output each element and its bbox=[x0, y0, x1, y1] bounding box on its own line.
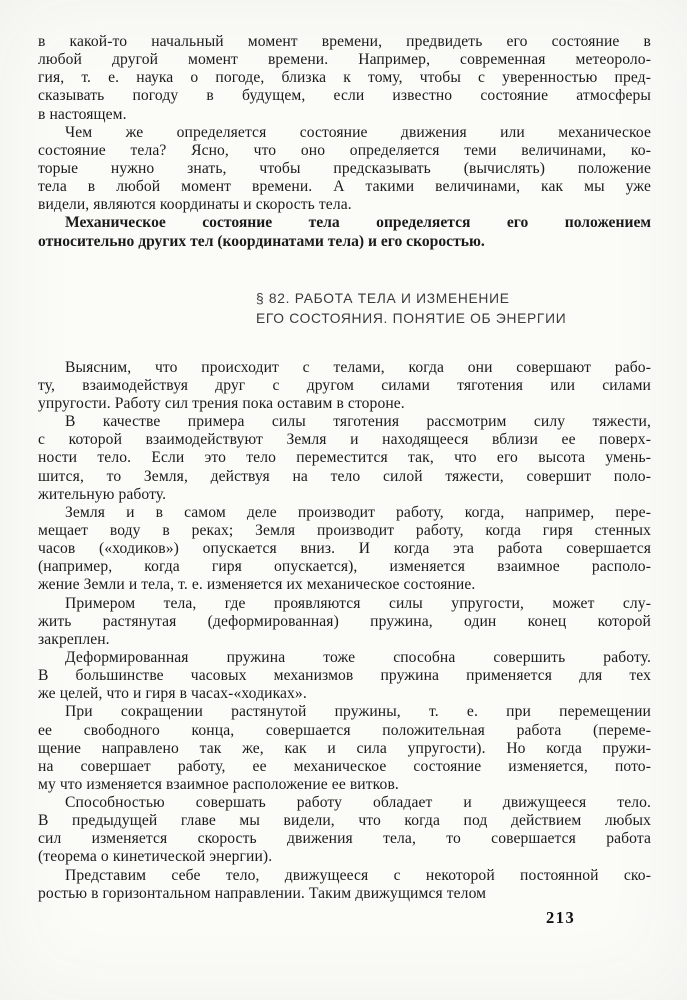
paragraph: Деформированная пружина тоже способна со… bbox=[38, 649, 651, 703]
paragraph: Представим себе тело, движущееся с некот… bbox=[38, 867, 651, 903]
text-line: му что изменяется взаимное расположение … bbox=[38, 776, 651, 794]
text-line: часов («ходиков») опускается вниз. И ког… bbox=[38, 540, 651, 558]
text-line: В качестве примера силы тяготения рассмо… bbox=[38, 413, 651, 431]
text-line: упругости. Работу сил трения пока остави… bbox=[38, 395, 651, 413]
text-line: ту, взаимодействуя друг с другом силами … bbox=[38, 377, 651, 395]
text-line: жить растянутая (деформированная) пружин… bbox=[38, 613, 651, 631]
text-line: жение Земли и тела, т. е. изменяется их … bbox=[38, 576, 651, 594]
text-line: ее свободного конца, совершается положит… bbox=[38, 722, 651, 740]
text-line: (например, когда гиря опускается), измен… bbox=[38, 558, 651, 576]
text-line: Примером тела, где проявляются силы упру… bbox=[38, 595, 651, 613]
text-line: относительно других тел (координатами те… bbox=[38, 233, 651, 251]
page-number: 213 bbox=[546, 908, 575, 928]
paragraph: в какой-то начальный момент времени, пре… bbox=[38, 33, 651, 124]
text-line: состояние тела? Ясно, что оно определяет… bbox=[38, 142, 651, 160]
text-line: Деформированная пружина тоже способна со… bbox=[38, 649, 651, 667]
paragraph: Чем же определяется состояние движения и… bbox=[38, 124, 651, 215]
text-line: (теорема о кинетической энергии). bbox=[38, 848, 651, 866]
paragraph: Выясним, что происходит с телами, когда … bbox=[38, 359, 651, 413]
book-page: в какой-то начальный момент времени, пре… bbox=[0, 0, 687, 1000]
text-line: шится, то Земля, действуя на тело силой … bbox=[38, 468, 651, 486]
text-line: на совершает работу, ее механическое сос… bbox=[38, 758, 651, 776]
text-line: любой другой момент времени. Например, с… bbox=[38, 51, 651, 69]
paragraph: Способностью совершать работу обладает и… bbox=[38, 794, 651, 867]
text-line: Чем же определяется состояние движения и… bbox=[38, 124, 651, 142]
text-line: Представим себе тело, движущееся с некот… bbox=[38, 867, 651, 885]
text-line: Земля и в самом деле производит работу, … bbox=[38, 504, 651, 522]
text-line: сказывать погоду в будущем, если известн… bbox=[38, 87, 651, 105]
text-line: щение направлено так же, как и сила упру… bbox=[38, 740, 651, 758]
text-line: закреплен. bbox=[38, 631, 651, 649]
paragraph: При сокращении растянутой пружины, т. е.… bbox=[38, 703, 651, 794]
paragraph: Механическое состояние тела определяется… bbox=[38, 214, 651, 250]
heading-line: ЕГО СОСТОЯНИЯ. ПОНЯТИЕ ОБ ЭНЕРГИИ bbox=[256, 309, 651, 329]
text-line: гия, т. е. наука о погоде, близка к тому… bbox=[38, 69, 651, 87]
text-line: Выясним, что происходит с телами, когда … bbox=[38, 359, 651, 377]
page-text: в какой-то начальный момент времени, пре… bbox=[38, 33, 651, 903]
text-line: сил изменяется скорость движения тела, т… bbox=[38, 830, 651, 848]
paragraph: Земля и в самом деле производит работу, … bbox=[38, 504, 651, 595]
text-line: тела в любой момент времени. А такими ве… bbox=[38, 178, 651, 196]
text-line: Способностью совершать работу обладает и… bbox=[38, 794, 651, 812]
paragraph: В качестве примера силы тяготения рассмо… bbox=[38, 413, 651, 504]
section-heading: § 82. РАБОТА ТЕЛА И ИЗМЕНЕНИЕЕГО СОСТОЯН… bbox=[256, 289, 651, 329]
text-line: При сокращении растянутой пружины, т. е.… bbox=[38, 703, 651, 721]
text-line: В предыдущей главе мы видели, что когда … bbox=[38, 812, 651, 830]
text-line: с которой взаимодействуют Земля и находя… bbox=[38, 431, 651, 449]
text-line: ности тело. Если это тело переместится т… bbox=[38, 449, 651, 467]
text-line: Механическое состояние тела определяется… bbox=[38, 214, 651, 232]
paragraph: Примером тела, где проявляются силы упру… bbox=[38, 595, 651, 649]
text-line: ростью в горизонтальном направлении. Так… bbox=[38, 885, 651, 903]
text-line: видели, являются координаты и скорость т… bbox=[38, 196, 651, 214]
text-line: в какой-то начальный момент времени, пре… bbox=[38, 33, 651, 51]
text-line: В большинстве часовых механизмов пружина… bbox=[38, 667, 651, 685]
text-line: же целей, что и гиря в часах-«ходиках». bbox=[38, 685, 651, 703]
text-line: жительную работу. bbox=[38, 486, 651, 504]
heading-line: § 82. РАБОТА ТЕЛА И ИЗМЕНЕНИЕ bbox=[256, 289, 651, 309]
text-line: в настоящем. bbox=[38, 106, 651, 124]
text-line: торые нужно знать, чтобы предсказывать (… bbox=[38, 160, 651, 178]
text-line: мещает воду в реках; Земля производит ра… bbox=[38, 522, 651, 540]
